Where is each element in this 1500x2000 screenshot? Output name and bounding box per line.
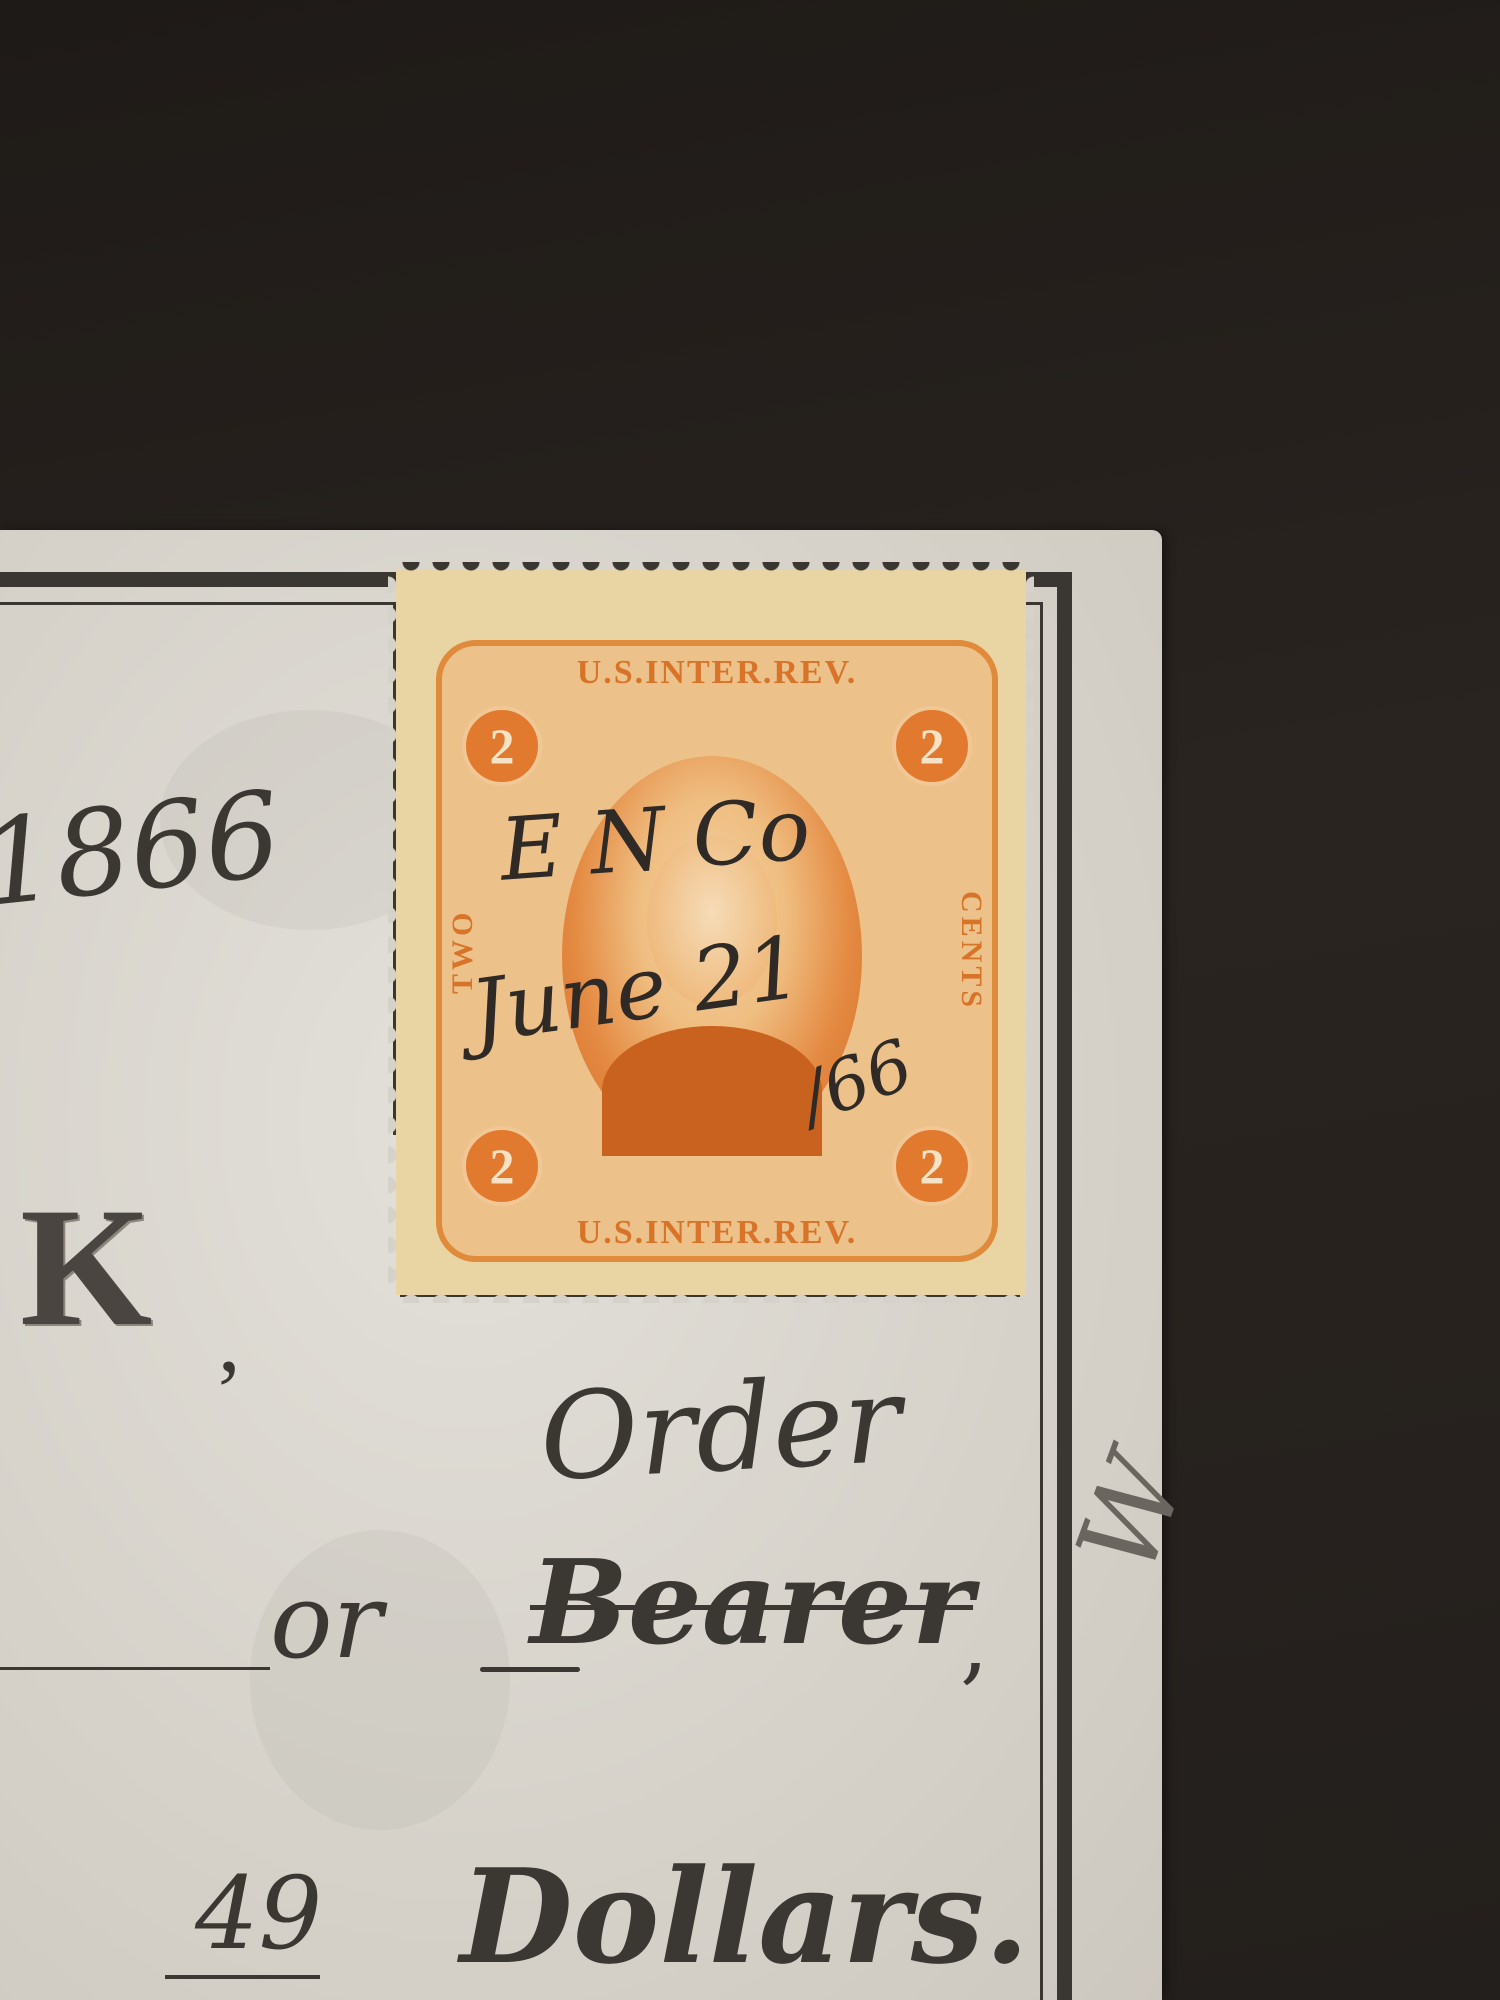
dollars-text: Dollars.	[460, 1840, 1029, 1993]
payee-line	[0, 1667, 270, 1670]
bearer-struck-text: Bearer	[530, 1535, 973, 1671]
stamp-top-text: U.S.INTER.REV.	[442, 654, 992, 692]
stamp-perforation-right	[1018, 570, 1034, 1295]
stamp-perforation-top	[396, 562, 1026, 578]
stamp-numeral-top-right: 2	[892, 706, 972, 786]
portrait-coat	[602, 1026, 822, 1156]
stamp-side-text-right: CENTS	[938, 826, 988, 1076]
payee-order-text: Order	[537, 1351, 905, 1509]
amount-underline	[165, 1975, 320, 1979]
or-text: or	[270, 1560, 382, 1682]
stamp-perforation-bottom	[396, 1287, 1026, 1303]
bearer-comma: ,	[960, 1590, 989, 1695]
border-right-thin	[1040, 602, 1043, 2000]
stamp-numeral-top-left: 2	[462, 706, 542, 786]
border-right-thick	[1057, 572, 1072, 2000]
stamp-bottom-text: U.S.INTER.REV.	[442, 1214, 992, 1252]
stamp-perforation-left	[388, 570, 404, 1295]
initial-comma: ,	[218, 1290, 241, 1393]
ornate-initial-letter: K	[20, 1170, 152, 1365]
stamp-numeral-bottom-left: 2	[462, 1126, 542, 1206]
amount-handwritten: 49	[195, 1855, 322, 1972]
stamp-numeral-bottom-right: 2	[892, 1126, 972, 1206]
